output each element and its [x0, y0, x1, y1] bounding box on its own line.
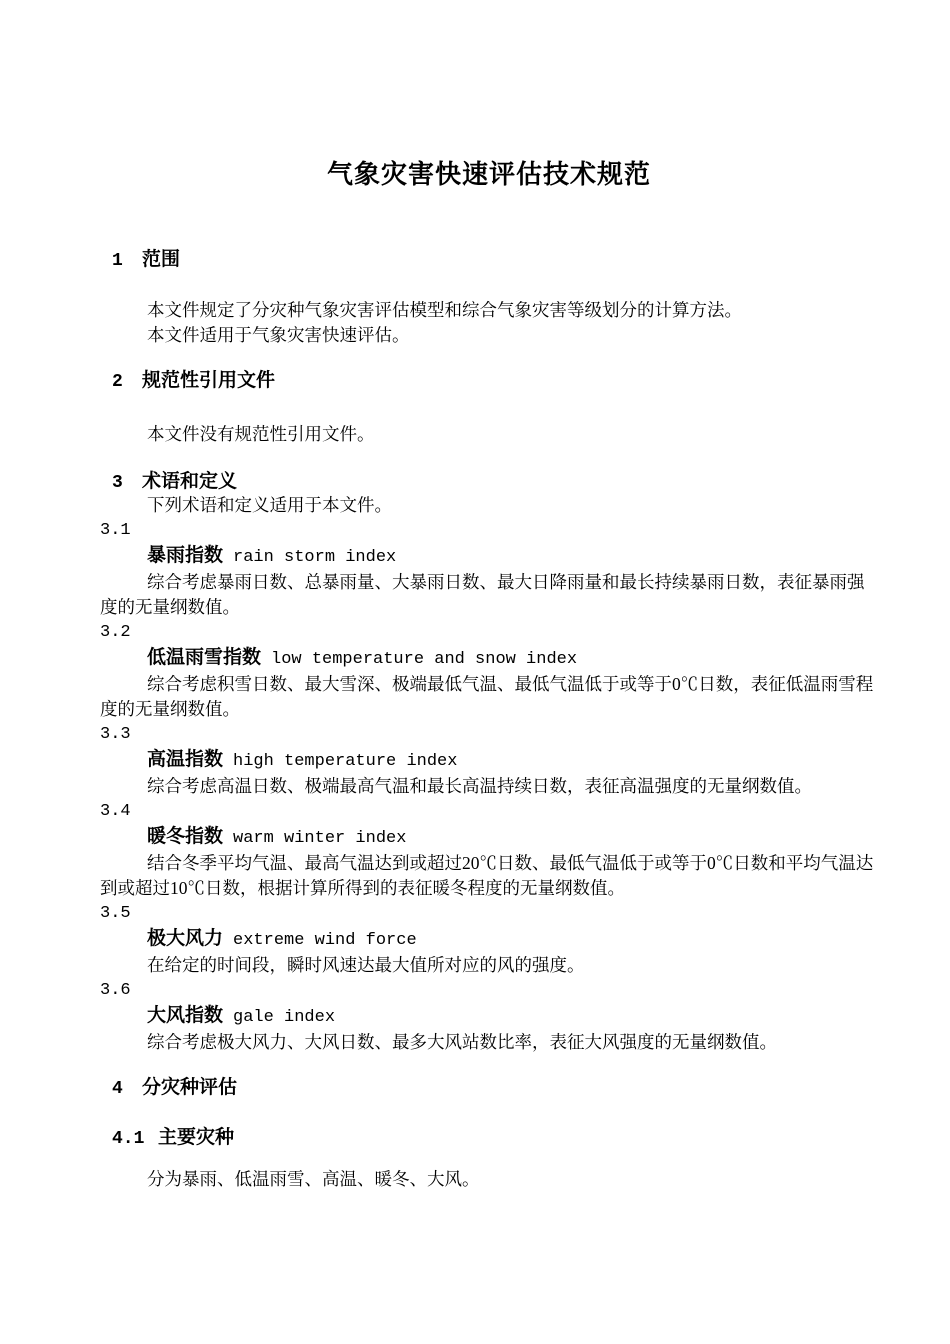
section-3-number: 3: [112, 473, 142, 493]
section-3-title: 术语和定义: [142, 471, 237, 492]
section-4-1-number: 4.1: [112, 1129, 158, 1149]
terms-intro: 下列术语和定义适用于本文件。: [100, 493, 878, 518]
paragraph: 本文件规定了分灾种气象灾害评估模型和综合气象灾害等级划分的计算方法。: [100, 298, 878, 323]
term-name-en: warm winter index: [233, 829, 406, 848]
term-number: 3.6: [100, 978, 878, 1003]
term-name-zh: 暖冬指数: [147, 826, 223, 847]
term-number: 3.4: [100, 799, 878, 824]
section-4-1-title: 主要灾种: [158, 1127, 234, 1148]
section-2-heading: 2规范性引用文件: [112, 371, 878, 392]
term-definition: 综合考虑暴雨日数、总暴雨量、大暴雨日数、最大日降雨量和最长持续暴雨日数，表征暴雨…: [100, 570, 878, 620]
term-entry-3-3: 3.3 高温指数high temperature index 综合考虑高温日数、…: [100, 722, 878, 799]
term-title: 暴雨指数rain storm index: [147, 543, 878, 570]
term-title: 低温雨雪指数low temperature and snow index: [147, 645, 878, 672]
term-entry-3-6: 3.6 大风指数gale index 综合考虑极大风力、大风日数、最多大风站数比…: [100, 978, 878, 1055]
term-definition: 在给定的时间段，瞬时风速达最大值所对应的风的强度。: [100, 953, 878, 978]
section-1-number: 1: [112, 251, 142, 271]
term-number: 3.5: [100, 901, 878, 926]
term-definition: 综合考虑极大风力、大风日数、最多大风站数比率，表征大风强度的无量纲数值。: [100, 1030, 878, 1055]
term-entry-3-1: 3.1 暴雨指数rain storm index 综合考虑暴雨日数、总暴雨量、大…: [100, 518, 878, 620]
section-1-heading: 1范围: [112, 250, 878, 271]
terms-and-definitions: 下列术语和定义适用于本文件。 3.1 暴雨指数rain storm index …: [100, 493, 878, 1055]
term-definition: 结合冬季平均气温、最高气温达到或超过20℃日数、最低气温低于或等于0℃日数和平均…: [100, 851, 878, 901]
section-1-body: 本文件规定了分灾种气象灾害评估模型和综合气象灾害等级划分的计算方法。 本文件适用…: [100, 298, 878, 348]
term-name-zh: 暴雨指数: [147, 545, 223, 566]
term-entry-3-4: 3.4 暖冬指数warm winter index 结合冬季平均气温、最高气温达…: [100, 799, 878, 901]
term-name-zh: 低温雨雪指数: [147, 647, 261, 668]
term-definition: 综合考虑高温日数、极端最高气温和最长高温持续日数，表征高温强度的无量纲数值。: [100, 774, 878, 799]
term-name-zh: 高温指数: [147, 749, 223, 770]
term-title: 极大风力extreme wind force: [147, 926, 878, 953]
term-name-zh: 大风指数: [147, 1005, 223, 1026]
document-title: 气象灾害快速评估技术规范: [100, 160, 878, 188]
term-number: 3.3: [100, 722, 878, 747]
section-2-number: 2: [112, 372, 142, 392]
section-2-body: 本文件没有规范性引用文件。: [100, 422, 878, 447]
term-title: 高温指数high temperature index: [147, 747, 878, 774]
section-4-heading: 4分灾种评估: [112, 1078, 878, 1099]
term-name-en: extreme wind force: [233, 931, 417, 950]
paragraph: 本文件没有规范性引用文件。: [100, 422, 878, 447]
term-number: 3.2: [100, 620, 878, 645]
term-number: 3.1: [100, 518, 878, 543]
section-4-title: 分灾种评估: [142, 1077, 237, 1098]
section-4-1-body: 分为暴雨、低温雨雪、高温、暖冬、大风。: [100, 1167, 878, 1192]
term-name-en: rain storm index: [233, 548, 396, 567]
term-entry-3-5: 3.5 极大风力extreme wind force 在给定的时间段，瞬时风速达…: [100, 901, 878, 978]
section-2-title: 规范性引用文件: [142, 370, 275, 391]
document-page: 气象灾害快速评估技术规范 1范围 本文件规定了分灾种气象灾害评估模型和综合气象灾…: [0, 0, 950, 1344]
term-name-zh: 极大风力: [147, 928, 223, 949]
section-1-title: 范围: [142, 249, 180, 270]
section-4-1-heading: 4.1主要灾种: [112, 1128, 878, 1149]
term-title: 暖冬指数warm winter index: [147, 824, 878, 851]
term-definition: 综合考虑积雪日数、最大雪深、极端最低气温、最低气温低于或等于0℃日数，表征低温雨…: [100, 672, 878, 722]
section-4-number: 4: [112, 1079, 142, 1099]
term-name-en: low temperature and snow index: [271, 650, 577, 669]
paragraph: 本文件适用于气象灾害快速评估。: [100, 323, 878, 348]
paragraph: 分为暴雨、低温雨雪、高温、暖冬、大风。: [100, 1167, 878, 1192]
term-entry-3-2: 3.2 低温雨雪指数low temperature and snow index…: [100, 620, 878, 722]
section-3-heading: 3术语和定义: [112, 472, 878, 493]
term-title: 大风指数gale index: [147, 1003, 878, 1030]
term-name-en: gale index: [233, 1008, 335, 1027]
term-name-en: high temperature index: [233, 752, 457, 771]
